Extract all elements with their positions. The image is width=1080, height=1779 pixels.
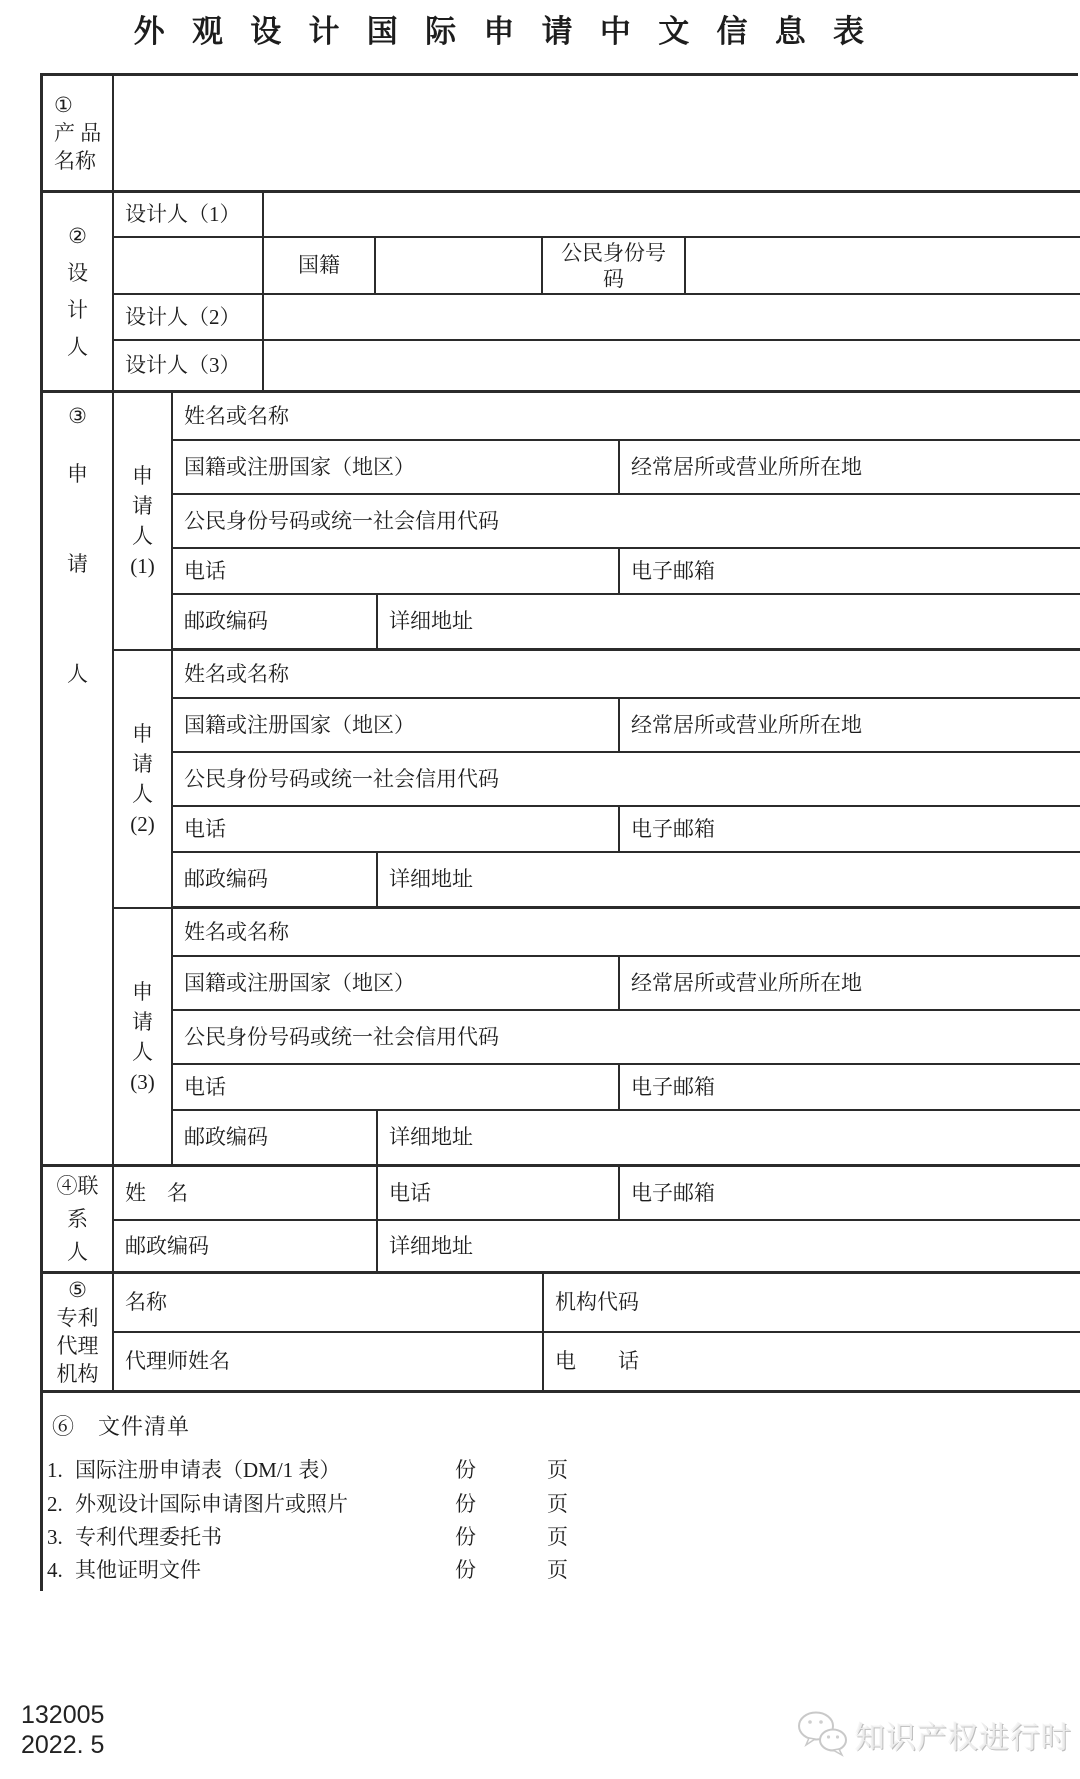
document-item-number: 2.	[47, 1491, 63, 1518]
contact-phone-cell[interactable]: 电话	[378, 1167, 620, 1221]
document-item-copies-label: 份	[455, 1524, 476, 1551]
applicant2-phone-cell[interactable]: 电话	[173, 807, 620, 853]
section2-label: ② 设 计 人	[43, 193, 114, 393]
document-item-copies-label: 份	[455, 1491, 476, 1518]
designer3-input-cell[interactable]	[264, 341, 1080, 393]
document-item-copies-label: 份	[455, 1457, 476, 1484]
section5-label: ⑤ 专利 代理 机构	[43, 1274, 114, 1393]
agency-code-cell[interactable]: 机构代码	[544, 1274, 1080, 1333]
designer-citizen-id-label-cell: 公民身份号码	[543, 238, 686, 295]
designer1-extra-input-cell[interactable]	[114, 238, 264, 295]
applicant2-email-cell[interactable]: 电子邮箱	[620, 807, 1080, 853]
designer1-input-cell[interactable]	[264, 193, 1080, 238]
applicant3-postcode-cell[interactable]: 邮政编码	[173, 1111, 378, 1167]
document-item-4: 4. 其他证明文件 份 页	[47, 1557, 1067, 1585]
document-item-label: 外观设计国际申请图片或照片	[75, 1491, 348, 1518]
applicant1-residence-cell[interactable]: 经常居所或营业所所在地	[620, 441, 1080, 495]
document-item-label: 其他证明文件	[75, 1557, 201, 1584]
watermark-text: 知识产权进行时	[855, 1713, 1072, 1757]
applicant1-postcode-cell[interactable]: 邮政编码	[173, 595, 378, 651]
document-item-pages-label: 页	[547, 1524, 568, 1551]
applicant2-sub-label: 申 请 人 (2)	[114, 651, 173, 909]
form-code-block: 132005 2022. 5	[21, 1700, 104, 1760]
contact-email-cell[interactable]: 电子邮箱	[620, 1167, 1080, 1221]
applicant1-nationality-cell[interactable]: 国籍或注册国家（地区）	[173, 441, 620, 495]
document-item-pages-label: 页	[547, 1557, 568, 1584]
applicant3-name-cell[interactable]: 姓名或名称	[173, 909, 1080, 957]
applicant2-address-cell[interactable]: 详细地址	[378, 853, 1080, 909]
form-table: ① 产 品 名称 ② 设 计 人 设计人（1） 国籍 公民身份号码 设计人（2）	[40, 73, 1078, 1591]
applicant3-nationality-cell[interactable]: 国籍或注册国家（地区）	[173, 957, 620, 1011]
applicant2-postcode-cell[interactable]: 邮政编码	[173, 853, 378, 909]
applicant3-email-cell[interactable]: 电子邮箱	[620, 1065, 1080, 1111]
applicant1-credit-code-cell[interactable]: 公民身份号码或统一社会信用代码	[173, 495, 1080, 549]
watermark: 知识产权进行时	[795, 1705, 1075, 1765]
applicant1-address-cell[interactable]: 详细地址	[378, 595, 1080, 651]
form-date: 2022. 5	[21, 1730, 104, 1760]
section6-document-list: ⑥ 文件清单 1. 国际注册申请表（DM/1 表） 份 页 2. 外观设计国际申…	[43, 1393, 1080, 1594]
document-item-pages-label: 页	[547, 1491, 568, 1518]
document-item-number: 3.	[47, 1524, 63, 1551]
section2-number: ②	[68, 218, 87, 255]
document-item-label: 专利代理委托书	[75, 1524, 222, 1551]
applicant2-name-cell[interactable]: 姓名或名称	[173, 651, 1080, 699]
designer-nationality-label-cell: 国籍	[264, 238, 376, 295]
section4-number: ④联	[57, 1170, 99, 1203]
section3-label: ③ 申 请 人	[43, 393, 114, 1167]
section3-number: ③	[43, 403, 112, 430]
designer-citizen-id-input-cell[interactable]	[686, 238, 1080, 295]
document-item-copies-label: 份	[455, 1557, 476, 1584]
document-item-number: 1.	[47, 1457, 63, 1484]
contact-postcode-cell[interactable]: 邮政编码	[114, 1221, 378, 1274]
document-item-number: 4.	[47, 1557, 63, 1584]
section1-label: ① 产 品 名称	[43, 76, 114, 193]
document-item-pages-label: 页	[547, 1457, 568, 1484]
agency-phone-cell[interactable]: 电 话	[544, 1333, 1080, 1393]
designer2-label-cell: 设计人（2）	[114, 295, 264, 341]
designer1-label-cell: 设计人（1）	[114, 193, 264, 238]
applicant2-nationality-cell[interactable]: 国籍或注册国家（地区）	[173, 699, 620, 753]
product-name-input-cell[interactable]	[114, 76, 1080, 193]
agency-name-cell[interactable]: 名称	[114, 1274, 544, 1333]
document-item-3: 3. 专利代理委托书 份 页	[47, 1524, 1067, 1552]
document-item-label: 国际注册申请表（DM/1 表）	[75, 1457, 340, 1484]
document-item-1: 1. 国际注册申请表（DM/1 表） 份 页	[47, 1457, 1067, 1485]
designer3-label-cell: 设计人（3）	[114, 341, 264, 393]
applicant3-address-cell[interactable]: 详细地址	[378, 1111, 1080, 1167]
section1-number: ①	[54, 91, 73, 119]
form-code: 132005	[21, 1700, 104, 1730]
form-page: 外观设计国际申请中文信息表 ① 产 品 名称 ② 设 计 人 设计人（1） 国籍…	[0, 0, 1080, 1779]
applicant3-phone-cell[interactable]: 电话	[173, 1065, 620, 1111]
designer2-input-cell[interactable]	[264, 295, 1080, 341]
contact-address-cell[interactable]: 详细地址	[378, 1221, 1080, 1274]
designer-nationality-input-cell[interactable]	[376, 238, 543, 295]
applicant3-sub-label: 申 请 人 (3)	[114, 909, 173, 1167]
page-title: 外观设计国际申请中文信息表	[0, 6, 1080, 51]
document-item-2: 2. 外观设计国际申请图片或照片 份 页	[47, 1491, 1067, 1519]
applicant2-credit-code-cell[interactable]: 公民身份号码或统一社会信用代码	[173, 753, 1080, 807]
applicant3-credit-code-cell[interactable]: 公民身份号码或统一社会信用代码	[173, 1011, 1080, 1065]
contact-name-cell[interactable]: 姓 名	[114, 1167, 378, 1221]
section5-number: ⑤	[68, 1276, 87, 1304]
applicant1-sub-label: 申 请 人 (1)	[114, 393, 173, 651]
applicant1-email-cell[interactable]: 电子邮箱	[620, 549, 1080, 595]
section4-label: ④联 系 人	[43, 1167, 114, 1274]
wechat-logo-icon	[795, 1709, 849, 1762]
applicant1-phone-cell[interactable]: 电话	[173, 549, 620, 595]
applicant1-name-cell[interactable]: 姓名或名称	[173, 393, 1080, 441]
agent-name-cell[interactable]: 代理师姓名	[114, 1333, 544, 1393]
applicant2-residence-cell[interactable]: 经常居所或营业所所在地	[620, 699, 1080, 753]
document-list-heading: ⑥ 文件清单	[52, 1413, 190, 1440]
applicant3-residence-cell[interactable]: 经常居所或营业所所在地	[620, 957, 1080, 1011]
